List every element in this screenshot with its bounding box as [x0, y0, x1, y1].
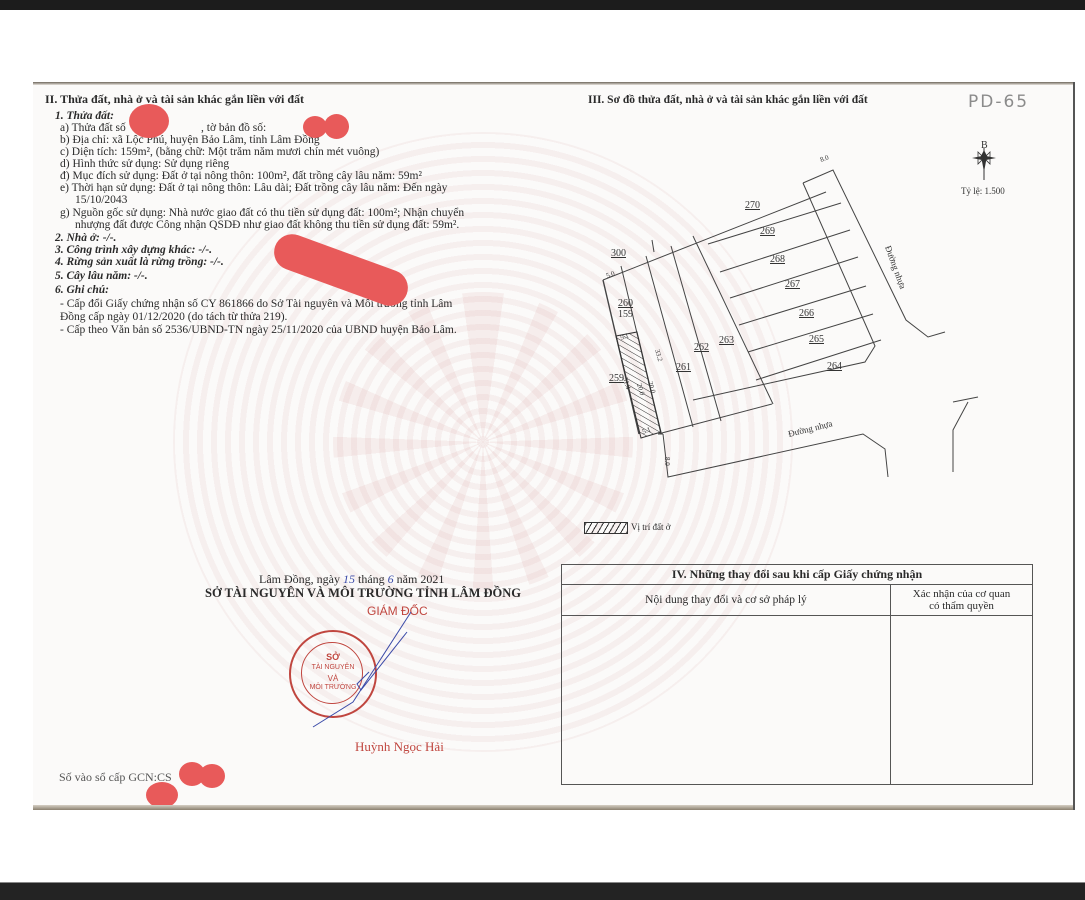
bottom-bar — [0, 882, 1085, 900]
day-value: 15 — [343, 572, 355, 586]
land-certificate-page: II. Thửa đất, nhà ở và tài sản khác gắn … — [33, 82, 1075, 810]
top-bar — [0, 0, 1085, 10]
svg-text:300: 300 — [611, 248, 626, 259]
svg-text:260: 260 — [618, 298, 633, 309]
signer-name: Huỳnh Ngọc Hải — [355, 739, 444, 755]
signature-stroke — [283, 602, 423, 732]
col2-line-1: Xác nhận của cơ quan — [913, 588, 1010, 600]
svg-text:265: 265 — [809, 334, 824, 345]
svg-text:270: 270 — [745, 200, 760, 211]
svg-text:267: 267 — [785, 279, 800, 290]
svg-text:Đường nhựa: Đường nhựa — [883, 244, 908, 290]
date-line: Lâm Đồng, ngày 15 tháng 6 năm 2021 — [259, 572, 444, 587]
redaction-mark — [199, 764, 225, 788]
svg-text:5.0: 5.0 — [605, 269, 616, 280]
svg-text:8.0: 8.0 — [663, 457, 671, 466]
svg-text:269: 269 — [760, 226, 775, 237]
svg-text:159: 159 — [618, 309, 633, 320]
changes-table: IV. Những thay đổi sau khi cấp Giấy chứn… — [561, 564, 1033, 785]
change-content-cell — [562, 616, 891, 785]
svg-text:264: 264 — [827, 361, 842, 372]
svg-text:266: 266 — [799, 308, 814, 319]
svg-text:263: 263 — [719, 335, 734, 346]
date-prefix: Lâm Đồng, ngày — [259, 572, 340, 586]
legend-label: Vị trí đất ở — [631, 522, 671, 532]
column-header-confirmation: Xác nhận của cơ quan có thẩm quyền — [891, 585, 1033, 616]
north-arrow-icon: B — [972, 140, 996, 180]
residential-legend-swatch — [584, 522, 628, 534]
year-value: năm 2021 — [397, 572, 445, 586]
column-header-content: Nội dung thay đổi và cơ sở pháp lý — [562, 585, 891, 616]
svg-text:Đường nhựa: Đường nhựa — [787, 418, 833, 439]
svg-text:261: 261 — [676, 362, 691, 373]
issuing-organization: SỞ TÀI NGUYÊN VÀ MÔI TRƯỜNG TỈNH LÂM ĐỒN… — [205, 586, 521, 601]
redaction-mark — [146, 782, 178, 808]
section-4-title: IV. Những thay đổi sau khi cấp Giấy chứn… — [562, 565, 1033, 585]
month-value: 6 — [388, 572, 394, 586]
col2-line-2: có thẩm quyền — [929, 600, 994, 612]
svg-text:8.0: 8.0 — [819, 153, 830, 164]
svg-text:Tỷ lệ: 1.500: Tỷ lệ: 1.500 — [961, 186, 1005, 196]
svg-text:262: 262 — [694, 342, 709, 353]
month-label: tháng — [358, 572, 385, 586]
svg-text:33.2: 33.2 — [653, 348, 664, 362]
change-confirmation-cell — [891, 616, 1033, 785]
svg-text:268: 268 — [770, 254, 785, 265]
parcel-map: B — [33, 82, 1073, 552]
